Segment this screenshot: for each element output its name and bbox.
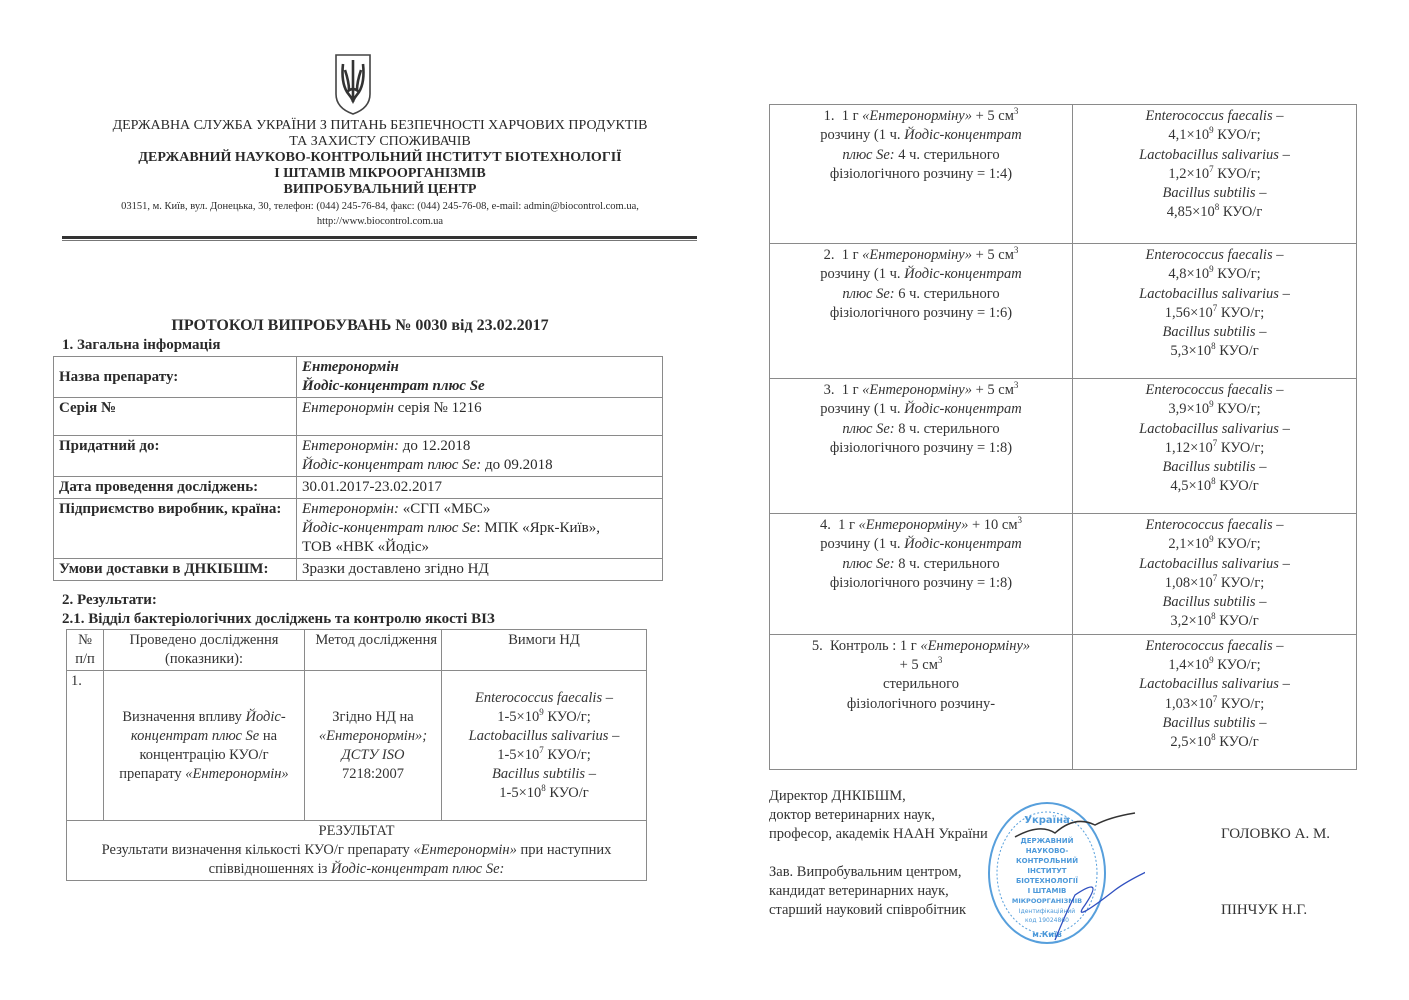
table-row: Умови доставки в ДНКІБШМ: Зразки доставл… [54,559,663,581]
row-study: Визначення впливу Йодіс-концентрат плюс … [104,671,305,821]
cfu-cell: Enterococcus faecalis – 4,1×109 КУО/г;La… [1073,105,1357,244]
section2-title: 2. Результати: [62,592,157,609]
ratio-cell: 4. 1 г «Ентеронорміну» + 10 см3 розчину … [770,514,1073,635]
result-title: РЕЗУЛЬТАТ [71,822,642,841]
method-line1: Згідно НД на [309,708,437,727]
table-header-row: № п/п Проведено дослідження (показники):… [67,630,647,671]
result-text: Результати визначення кількості КУО/г пр… [71,841,642,879]
info-value: Зразки доставлено згідно НД [297,559,663,581]
results-row: 1. 1 г «Ентеронорміну» + 5 см3 розчину (… [770,105,1357,244]
header-line4: І ШТАМІВ МІКРООРГАНІЗМІВ [55,166,705,182]
results-table: 1. 1 г «Ентеронорміну» + 5 см3 розчину (… [769,104,1357,770]
general-info-table: Назва препарату: Ентеронормін Йодіс-конц… [53,356,663,581]
col-study: Проведено дослідження (показники): [104,630,305,671]
expiry-date-2: до 09.2018 [481,457,552,473]
info-key: Назва препарату: [54,357,297,398]
req-organism: Lactobacillus salivarius – [446,727,642,746]
table-row: 1. Визначення впливу Йодіс-концентрат пл… [67,671,647,821]
ratio-cell: 3. 1 г «Ентеронорміну» + 5 см3 розчину (… [770,379,1073,514]
header-divider [62,236,697,239]
cfu-cell: Enterococcus faecalis – 2,1×109 КУО/г;La… [1073,514,1357,635]
cfu-cell: Enterococcus faecalis – 3,9×109 КУО/г;La… [1073,379,1357,514]
results-row: 2. 1 г «Ентеронорміну» + 5 см3 розчину (… [770,244,1357,379]
head-name: ПІНЧУК Н.Г. [1221,901,1307,920]
svg-text:І ШТАМІВ: І ШТАМІВ [1028,887,1067,895]
manufacturer-2: : МПК «Ярк-Київ», [476,520,600,536]
manufacturer-1: «СГП «МБС» [399,501,490,517]
svg-text:НАУКОВО-: НАУКОВО- [1026,847,1069,855]
svg-text:КОНТРОЛЬНИЙ: КОНТРОЛЬНИЙ [1016,856,1078,865]
series-drug: Ентеронормін [302,400,394,416]
req-value: 1-5×107 КУО/г; [446,746,642,765]
manufacturer-drug-2: Йодіс-концентрат плюс Se [302,520,476,536]
results-row: 3. 1 г «Ентеронорміну» + 5 см3 розчину (… [770,379,1357,514]
drug-name-2: Йодіс-концентрат плюс Se [302,377,657,396]
row-requirements: Enterococcus faecalis – 1-5×109 КУО/г; L… [442,671,647,821]
row-method: Згідно НД на «Ентеронормін»; ДСТУ ISO 72… [305,671,442,821]
institution-header: ДЕРЖАВНА СЛУЖБА УКРАЇНИ З ПИТАНЬ БЕЗПЕЧН… [55,118,705,228]
head-title-3: старший науковий співробітник [769,902,966,918]
header-line1: ДЕРЖАВНА СЛУЖБА УКРАЇНИ З ПИТАНЬ БЕЗПЕЧН… [55,118,705,134]
protocol-title: ПРОТОКОЛ ВИПРОБУВАНЬ № 0030 від 23.02.20… [55,317,665,335]
svg-text:БІОТЕХНОЛОГІЇ: БІОТЕХНОЛОГІЇ [1016,876,1078,885]
section1-title: 1. Загальна інформація [62,337,220,354]
header-address: 03151, м. Київ, вул. Донецька, 30, телеф… [55,200,705,213]
header-divider-thin [62,240,697,241]
expiry-drug-2: Йодіс-концентрат плюс Se: [302,457,481,473]
table-row: Серія № Ентеронормін серія № 1216 [54,398,663,436]
info-key: Підприємство виробник, країна: [54,499,297,559]
info-value: Ентеронормін: «СГП «МБС» Йодіс-концентра… [297,499,663,559]
study-text: Визначення впливу [122,709,245,725]
row-num: 1. [67,671,104,821]
director-name: ГОЛОВКО А. М. [1221,825,1330,844]
drug-name-1: Ентеронормін [302,358,657,377]
header-website: http://www.biocontrol.com.ua [55,215,705,228]
table-row: Назва препарату: Ентеронормін Йодіс-конц… [54,357,663,398]
results-row: 5. Контроль : 1 г «Ентеронорміну» + 5 см… [770,634,1357,769]
ratio-cell: 1. 1 г «Ентеронорміну» + 5 см3 розчину (… [770,105,1073,244]
info-value: Ентеронормін серія № 1216 [297,398,663,436]
req-value: 1-5×109 КУО/г; [446,708,642,727]
info-key: Дата проведення досліджень: [54,477,297,499]
svg-text:Україна: Україна [1024,814,1070,826]
req-value: 1-5×108 КУО/г [446,784,642,803]
col-method: Метод дослідження [305,630,442,671]
manufacturer-3: ТОВ «НВК «Йодіс» [302,538,657,557]
method-line4: 7218:2007 [309,765,437,784]
info-key: Серія № [54,398,297,436]
table-row: Підприємство виробник, країна: Ентеронор… [54,499,663,559]
table-row: Придатний до: Ентеронормін: до 12.2018 Й… [54,436,663,477]
method-line2: «Ентеронормін»; [309,727,437,746]
expiry-date-1: до 12.2018 [399,438,470,454]
result-cell: РЕЗУЛЬТАТ Результати визначення кількост… [67,821,647,881]
cfu-cell: Enterococcus faecalis – 4,8×109 КУО/г;La… [1073,244,1357,379]
cfu-cell: Enterococcus faecalis – 1,4×109 КУО/г;La… [1073,634,1357,769]
expiry-drug-1: Ентеронормін: [302,438,399,454]
col-requirements: Вимоги НД [442,630,647,671]
info-value: 30.01.2017-23.02.2017 [297,477,663,499]
info-value: Ентеронормін: до 12.2018 Йодіс-концентра… [297,436,663,477]
manufacturer-drug-1: Ентеронормін: [302,501,399,517]
info-key: Придатний до: [54,436,297,477]
official-stamp-icon: Україна ДЕРЖАВНИЙ НАУКОВО- КОНТРОЛЬНИЙ І… [985,795,1145,945]
info-value: Ентеронормін Йодіс-концентрат плюс Se [297,357,663,398]
series-number: серія № 1216 [394,400,482,416]
table-row: Дата проведення досліджень: 30.01.2017-2… [54,477,663,499]
header-line5: ВИПРОБУВАЛЬНИЙ ЦЕНТР [55,182,705,198]
info-key: Умови доставки в ДНКІБШМ: [54,559,297,581]
col-num: № п/п [67,630,104,671]
method-line3: ДСТУ ISO [309,746,437,765]
header-line2: ТА ЗАХИСТУ СПОЖИВАЧІВ [55,134,705,150]
director-title-3: професор, академік НААН України [769,826,988,842]
req-organism: Enterococcus faecalis – [446,689,642,708]
result-row: РЕЗУЛЬТАТ Результати визначення кількост… [67,821,647,881]
ratio-cell: 5. Контроль : 1 г «Ентеронорміну» + 5 см… [770,634,1073,769]
study-drug-2: «Ентеронормін» [185,766,288,782]
svg-text:ІНСТИТУТ: ІНСТИТУТ [1027,867,1066,875]
results-row: 4. 1 г «Ентеронорміну» + 10 см3 розчину … [770,514,1357,635]
study-table: № п/п Проведено дослідження (показники):… [66,629,647,881]
req-organism: Bacillus subtilis – [446,765,642,784]
ratio-cell: 2. 1 г «Ентеронорміну» + 5 см3 розчину (… [770,244,1073,379]
section2-subtitle: 2.1. Відділ бактеріологічних досліджень … [62,611,495,628]
svg-text:ДЕРЖАВНИЙ: ДЕРЖАВНИЙ [1020,836,1073,845]
trident-coat-of-arms-icon [333,52,373,116]
header-line3: ДЕРЖАВНИЙ НАУКОВО-КОНТРОЛЬНИЙ ІНСТИТУТ Б… [55,150,705,166]
